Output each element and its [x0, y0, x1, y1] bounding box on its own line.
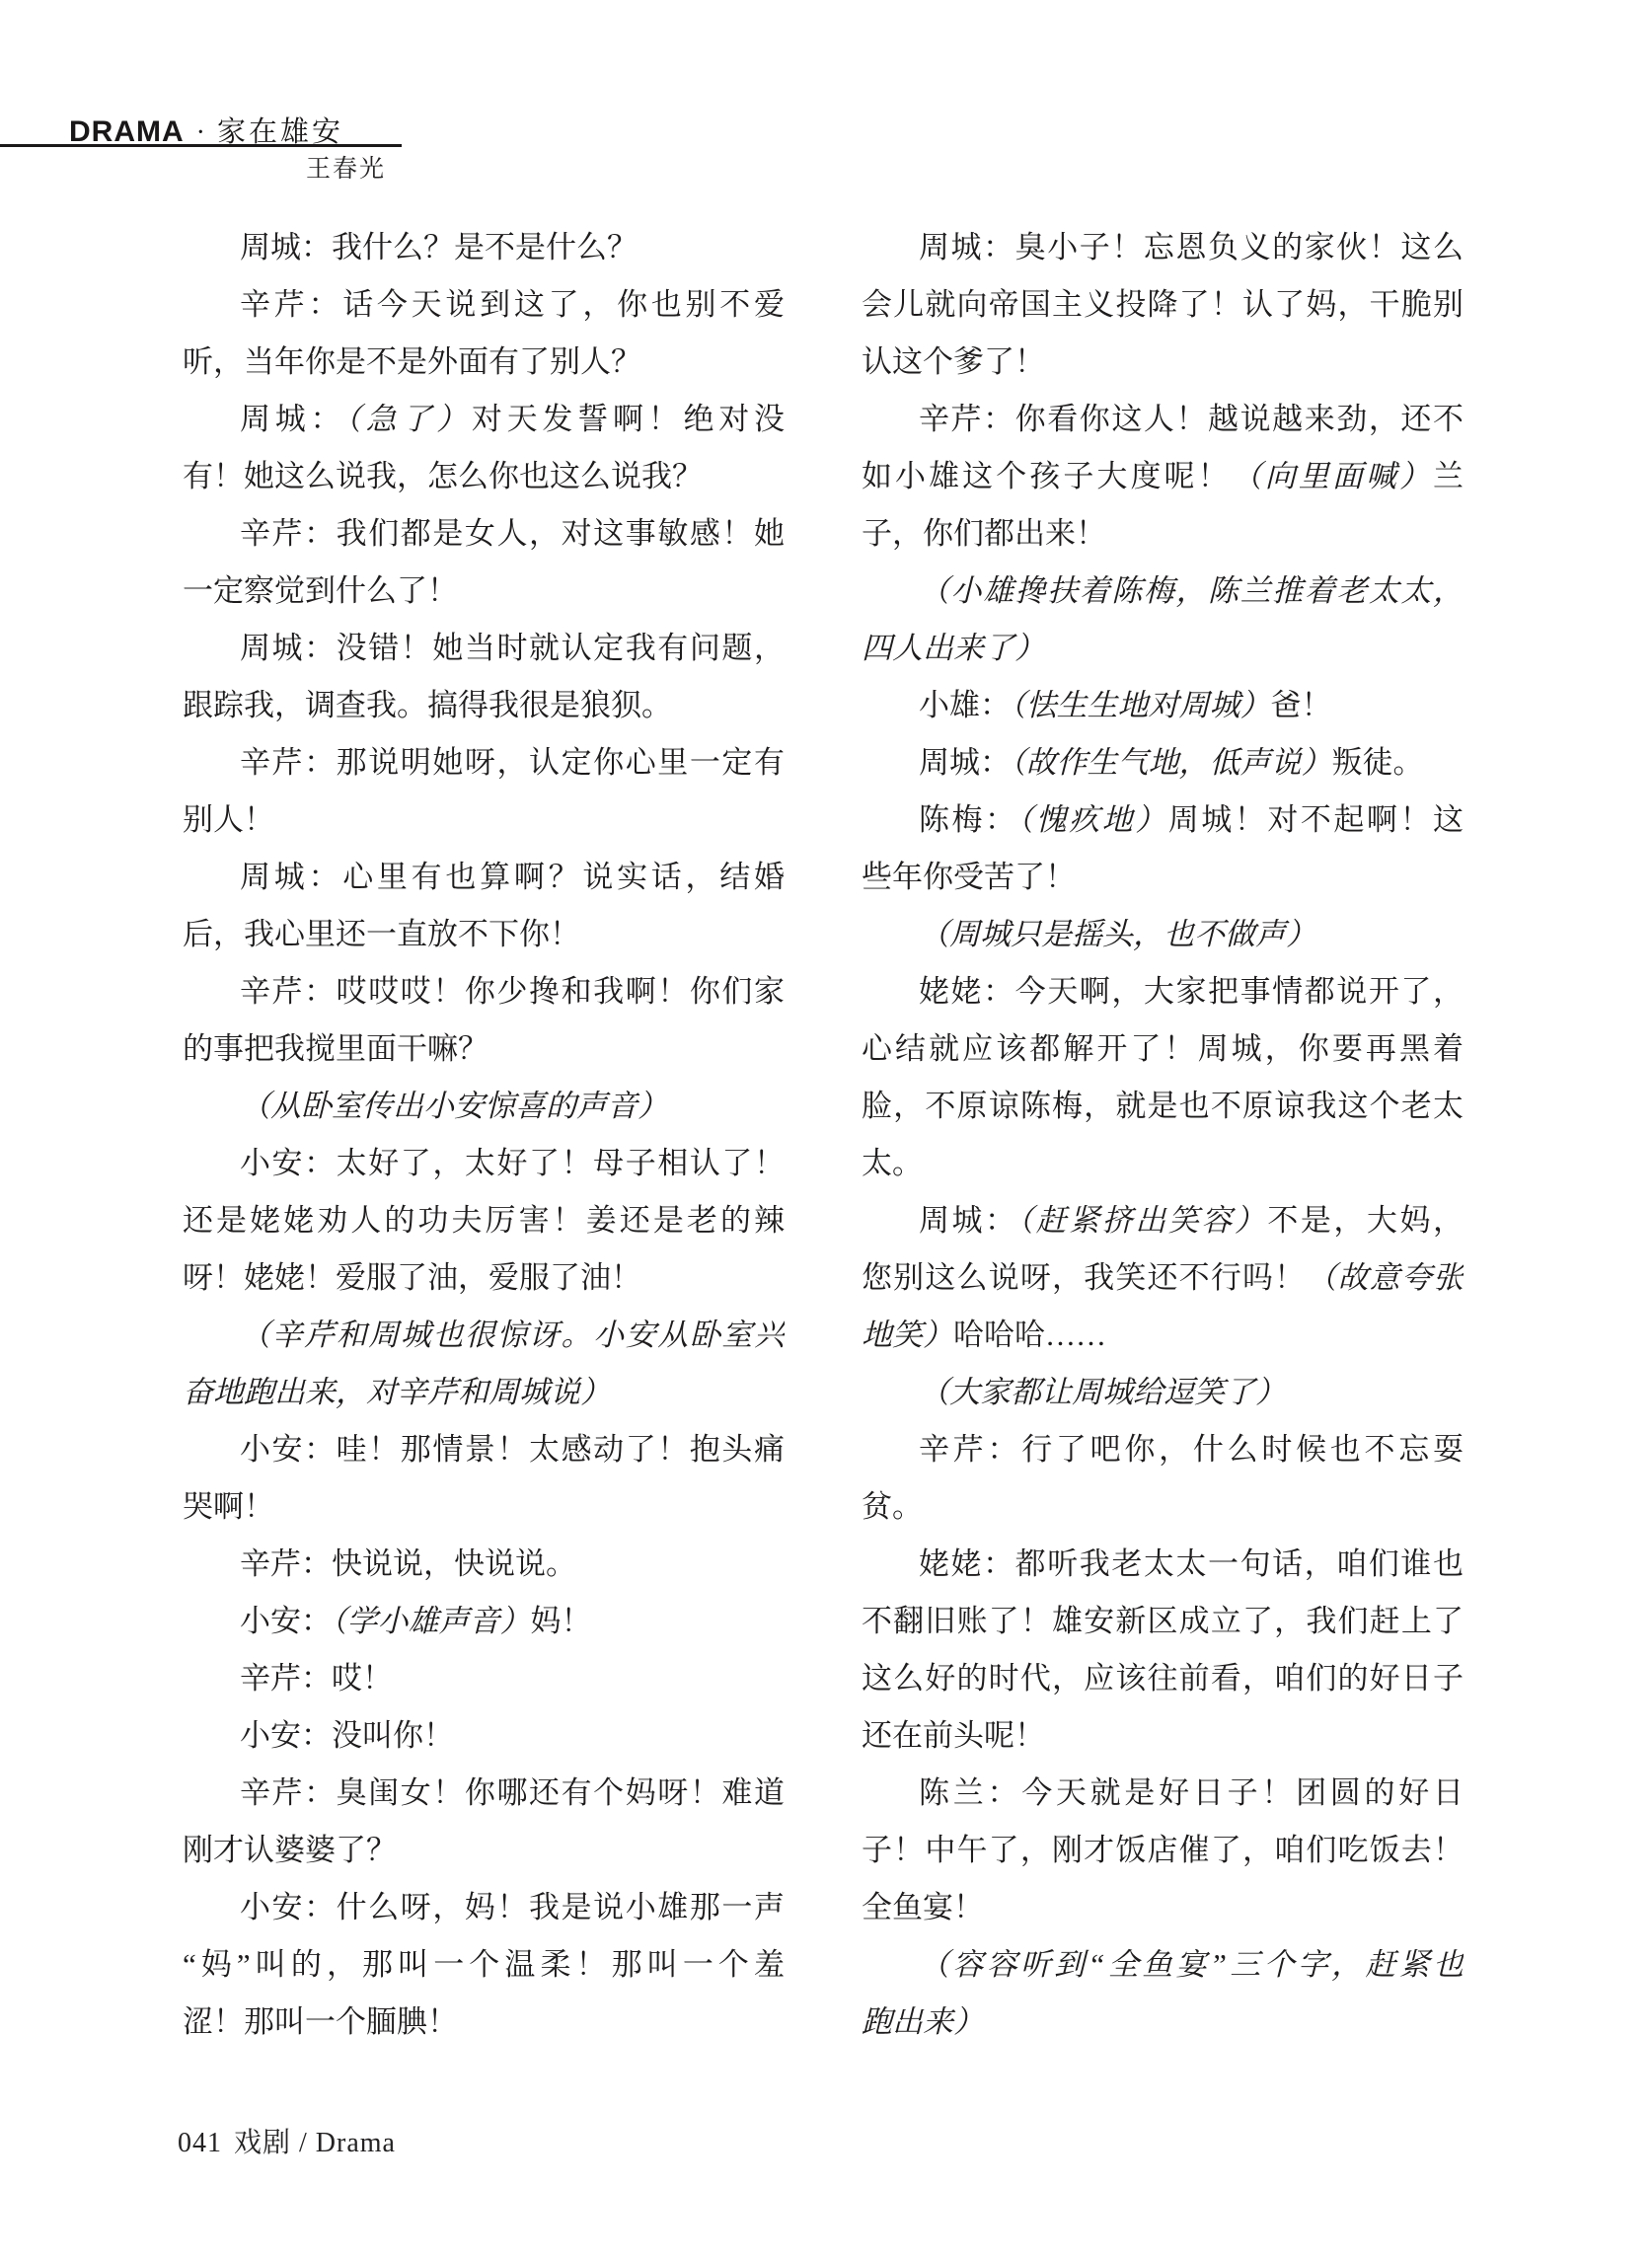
dialogue-text: 涩！那叫一个腼腆！ [183, 2004, 458, 2039]
dialogue-text: 叛徒。 [1332, 745, 1424, 780]
dialogue-text: 辛芹：臭闺女！你哪还有个妈呀！难道 [240, 1775, 785, 1810]
stage-direction: （故意夸张 [1306, 1260, 1464, 1295]
script-line: 哭啊！ [183, 1478, 785, 1536]
script-line: 辛芹：快说说，快说说。 [183, 1536, 785, 1593]
page-footer: 041 戏剧 / Drama [178, 2121, 396, 2160]
script-line: 周城：我什么？是不是什么？ [183, 219, 785, 276]
dialogue-text: 会儿就向帝国主义投降了！认了妈，干脆别 [862, 287, 1464, 322]
script-line: 辛芹：那说明她呀，认定你心里一定有 [183, 734, 785, 791]
dialogue-text: 一定察觉到什么了！ [183, 573, 458, 608]
script-line: 涩！那叫一个腼腆！ [183, 1994, 785, 2051]
stage-direction-line: （辛芹和周城也很惊讶。小安从卧室兴 [183, 1307, 785, 1364]
dialogue-text: 太。 [862, 1146, 923, 1180]
stage-direction-line: （从卧室传出小安惊喜的声音） [183, 1078, 785, 1135]
script-line: 刚才认婆婆了？ [183, 1822, 785, 1879]
script-line: 小安：什么呀，妈！我是说小雄那一声 [183, 1879, 785, 1936]
script-line: 您别这么说呀，我笑还不行吗！（故意夸张 [862, 1249, 1464, 1307]
stage-direction: （愧疚地） [1018, 802, 1168, 837]
script-line: 还是姥姥劝人的功夫厉害！姜还是老的辣 [183, 1192, 785, 1249]
dialogue-text: 呀！姥姥！爱服了油，爱服了油！ [183, 1260, 641, 1295]
dialogue-text: 如小雄这个孩子大度呢！ [862, 459, 1232, 493]
stage-direction-line: 跑出来） [862, 1994, 1464, 2051]
script-line: 会儿就向帝国主义投降了！认了妈，干脆别 [862, 276, 1464, 334]
stage-direction: （辛芹和周城也很惊讶。小安从卧室兴 [240, 1318, 785, 1352]
author-name: 王春光 [0, 149, 386, 185]
script-line: 辛芹：臭闺女！你哪还有个妈呀！难道 [183, 1765, 785, 1822]
dialogue-text: 不翻旧账了！雄安新区成立了，我们赶上了 [862, 1604, 1464, 1638]
stage-direction: （故作生气地，低声说） [1011, 745, 1332, 780]
script-line: 小安：哇！那情景！太感动了！抱头痛 [183, 1421, 785, 1478]
stage-direction: （周城只是摇头，也不做声） [919, 917, 1316, 951]
dialogue-text: 小安：太好了，太好了！母子相认了！ [240, 1146, 785, 1180]
page-number: 041 [178, 2128, 222, 2159]
dialogue-text: 陈兰：今天就是好日子！团圆的好日 [919, 1775, 1464, 1810]
dialogue-text: 周城：我什么？是不是什么？ [240, 230, 638, 264]
dialogue-text: 辛芹：行了吧你，什么时候也不忘耍 [919, 1432, 1464, 1467]
script-line: 全鱼宴！ [862, 1879, 1464, 1936]
stage-direction: （大家都让周城给逗笑了） [919, 1375, 1286, 1409]
script-line: 辛芹：你看你这人！越说越来劲，还不 [862, 391, 1464, 448]
dialogue-text: 小安： [240, 1604, 332, 1638]
script-line: 听，当年你是不是外面有了别人？ [183, 334, 785, 391]
stage-direction: 四人出来了） [862, 631, 1045, 665]
stage-direction-line: （小雄搀扶着陈梅，陈兰推着老太太， [862, 563, 1464, 620]
script-line: 辛芹：行了吧你，什么时候也不忘耍 [862, 1421, 1464, 1478]
script-line: 跟踪我，调查我。搞得我很是狼狈。 [183, 677, 785, 734]
script-line: 辛芹：哎！ [183, 1650, 785, 1707]
script-line: 这么好的时代，应该往前看，咱们的好日子 [862, 1650, 1464, 1707]
script-line: 些年你受苦了！ [862, 849, 1464, 906]
script-line: 姥姥：都听我老太太一句话，咱们谁也 [862, 1536, 1464, 1593]
stage-direction: 跑出来） [862, 2004, 984, 2039]
dialogue-text: 认这个爹了！ [862, 344, 1045, 379]
dialogue-text: 贫。 [862, 1489, 923, 1524]
magazine-page: DRAMA · 家在雄安 王春光 周城：我什么？是不是什么？辛芹：话今天说到这了… [0, 0, 1652, 2261]
footer-section-label: 戏剧 / Drama [234, 2121, 396, 2160]
script-line: 姥姥：今天啊，大家把事情都说开了， [862, 963, 1464, 1020]
script-line: 小雄：（怯生生地对周城）爸！ [862, 677, 1464, 734]
dialogue-text: 跟踪我，调查我。搞得我很是狼狈。 [183, 688, 672, 722]
dialogue-text: 小安：没叫你！ [240, 1718, 454, 1753]
dialogue-text: 哭啊！ [183, 1489, 274, 1524]
script-line: 小安：（学小雄声音）妈！ [183, 1593, 785, 1650]
script-line: 一定察觉到什么了！ [183, 563, 785, 620]
dialogue-text: 些年你受苦了！ [862, 860, 1076, 894]
script-line: 周城：（赶紧挤出笑容）不是，大妈， [862, 1192, 1464, 1249]
dialogue-text: 还是姥姥劝人的功夫厉害！姜还是老的辣 [183, 1203, 785, 1238]
dialogue-text: 不是，大妈， [1267, 1203, 1464, 1238]
dialogue-text: 的事把我搅里面干嘛？ [183, 1031, 488, 1066]
dialogue-text: 哈哈哈…… [953, 1318, 1106, 1352]
dialogue-text: 这么好的时代，应该往前看，咱们的好日子 [862, 1661, 1464, 1696]
dialogue-text: 您别这么说呀，我笑还不行吗！ [862, 1260, 1306, 1295]
script-line: 心结就应该都解开了！周城，你要再黑着 [862, 1020, 1464, 1078]
script-line: 贫。 [862, 1478, 1464, 1536]
right-column: 周城：臭小子！忘恩负义的家伙！这么会儿就向帝国主义投降了！认了妈，干脆别认这个爹… [862, 219, 1464, 2051]
stage-direction: （怯生生地对周城） [1011, 688, 1271, 722]
dialogue-text: 刚才认婆婆了？ [183, 1833, 397, 1867]
stage-direction-line: 奋地跑出来，对辛芹和周城说） [183, 1364, 785, 1421]
stage-direction: （从卧室传出小安惊喜的声音） [240, 1089, 668, 1123]
dialogue-text: 小雄： [919, 688, 1011, 722]
dialogue-text: 心结就应该都解开了！周城，你要再黑着 [862, 1031, 1464, 1066]
script-line: 周城：心里有也算啊？说实话，结婚 [183, 849, 785, 906]
script-line: 如小雄这个孩子大度呢！（向里面喊）兰 [862, 448, 1464, 505]
stage-direction-line: 四人出来了） [862, 620, 1464, 677]
script-line: 周城：没错！她当时就认定我有问题， [183, 620, 785, 677]
dialogue-text: 脸，不原谅陈梅，就是也不原谅我这个老太 [862, 1089, 1464, 1123]
dialogue-text: 子！中午了，刚才饭店催了，咱们吃饭去！ [862, 1833, 1464, 1867]
stage-direction: （急了） [345, 402, 472, 436]
dialogue-text: 辛芹：那说明她呀，认定你心里一定有 [240, 745, 785, 780]
dialogue-text: 辛芹：哎哎哎！你少搀和我啊！你们家 [240, 974, 785, 1009]
dialogue-text: 听，当年你是不是外面有了别人？ [183, 344, 641, 379]
dialogue-text: 还在前头呢！ [862, 1718, 1045, 1753]
script-line: 陈兰：今天就是好日子！团圆的好日 [862, 1765, 1464, 1822]
dialogue-text: “妈”叫的，那叫一个温柔！那叫一个羞 [183, 1947, 785, 1982]
script-line: 周城：臭小子！忘恩负义的家伙！这么 [862, 219, 1464, 276]
dialogue-text: 周城：没错！她当时就认定我有问题， [240, 631, 785, 665]
dialogue-text: 有！她这么说我，怎么你也这么说我？ [183, 459, 703, 493]
dialogue-text: 周城： [919, 1203, 1018, 1238]
script-line: 后，我心里还一直放不下你！ [183, 906, 785, 963]
script-line: 小安：没叫你！ [183, 1707, 785, 1765]
stage-direction-line: （大家都让周城给逗笑了） [862, 1364, 1464, 1421]
script-line: “妈”叫的，那叫一个温柔！那叫一个羞 [183, 1936, 785, 1994]
script-line: 辛芹：话今天说到这了，你也别不爱 [183, 276, 785, 334]
script-line: 子！中午了，刚才饭店催了，咱们吃饭去！ [862, 1822, 1464, 1879]
dialogue-text: 爸！ [1271, 688, 1332, 722]
stage-direction: 地笑） [862, 1318, 953, 1352]
dialogue-text: 妈！ [531, 1604, 592, 1638]
stage-direction: （赶紧挤出笑容） [1018, 1203, 1268, 1238]
script-line: 辛芹：哎哎哎！你少搀和我啊！你们家 [183, 963, 785, 1020]
script-line: 不翻旧账了！雄安新区成立了，我们赶上了 [862, 1593, 1464, 1650]
dialogue-text: 周城：臭小子！忘恩负义的家伙！这么 [919, 230, 1464, 264]
script-line: 脸，不原谅陈梅，就是也不原谅我这个老太 [862, 1078, 1464, 1135]
script-line: 陈梅：（愧疚地）周城！对不起啊！这 [862, 791, 1464, 849]
script-body: 周城：我什么？是不是什么？辛芹：话今天说到这了，你也别不爱听，当年你是不是外面有… [183, 219, 1464, 2055]
script-line: 辛芹：我们都是女人，对这事敏感！她 [183, 505, 785, 563]
script-line: 的事把我搅里面干嘛？ [183, 1020, 785, 1078]
dialogue-text: 辛芹：话今天说到这了，你也别不爱 [240, 287, 785, 322]
stage-direction: （容容听到“全鱼宴”三个字，赶紧也 [919, 1947, 1464, 1982]
stage-direction: 奋地跑出来，对辛芹和周城说） [183, 1375, 611, 1409]
script-line: 有！她这么说我，怎么你也这么说我？ [183, 448, 785, 505]
dialogue-text: 别人！ [183, 802, 274, 837]
dialogue-text: 姥姥：今天啊，大家把事情都说开了， [919, 974, 1464, 1009]
dialogue-text: 姥姥：都听我老太太一句话，咱们谁也 [919, 1546, 1464, 1581]
dialogue-text: 辛芹：你看你这人！越说越来劲，还不 [919, 402, 1464, 436]
dialogue-text: 周城： [919, 745, 1011, 780]
dialogue-text: 后，我心里还一直放不下你！ [183, 917, 580, 951]
stage-direction: （学小雄声音） [332, 1604, 531, 1638]
script-line: 认这个爹了！ [862, 334, 1464, 391]
script-line: 别人！ [183, 791, 785, 849]
dialogue-text: 周城！对不起啊！这 [1168, 802, 1464, 837]
dialogue-text: 辛芹：哎！ [240, 1661, 393, 1696]
script-line: 地笑）哈哈哈…… [862, 1307, 1464, 1364]
stage-direction-line: （容容听到“全鱼宴”三个字，赶紧也 [862, 1936, 1464, 1994]
stage-direction: （向里面喊） [1232, 459, 1433, 493]
script-line: 子，你们都出来！ [862, 505, 1464, 563]
dialogue-text: 子，你们都出来！ [862, 516, 1106, 551]
dialogue-text: 全鱼宴！ [862, 1890, 984, 1924]
dialogue-text: 周城：心里有也算啊？说实话，结婚 [240, 860, 785, 894]
dialogue-text: 对天发誓啊！绝对没 [472, 402, 785, 436]
dialogue-text: 小安：什么呀，妈！我是说小雄那一声 [240, 1890, 785, 1924]
dialogue-text: 周城： [240, 402, 345, 436]
script-line: 还在前头呢！ [862, 1707, 1464, 1765]
script-line: 呀！姥姥！爱服了油，爱服了油！ [183, 1249, 785, 1307]
script-line: 周城：（急了）对天发誓啊！绝对没 [183, 391, 785, 448]
dialogue-text: 兰 [1433, 459, 1464, 493]
dialogue-text: 辛芹：我们都是女人，对这事敏感！她 [240, 516, 785, 551]
dialogue-text: 辛芹：快说说，快说说。 [240, 1546, 576, 1581]
header-rule [0, 144, 402, 147]
script-line: 小安：太好了，太好了！母子相认了！ [183, 1135, 785, 1192]
left-column: 周城：我什么？是不是什么？辛芹：话今天说到这了，你也别不爱听，当年你是不是外面有… [183, 219, 785, 2051]
dialogue-text: 陈梅： [919, 802, 1018, 837]
dialogue-text: 小安：哇！那情景！太感动了！抱头痛 [240, 1432, 785, 1467]
script-line: 太。 [862, 1135, 1464, 1192]
stage-direction: （小雄搀扶着陈梅，陈兰推着老太太， [919, 573, 1464, 608]
script-line: 周城：（故作生气地，低声说）叛徒。 [862, 734, 1464, 791]
stage-direction-line: （周城只是摇头，也不做声） [862, 906, 1464, 963]
